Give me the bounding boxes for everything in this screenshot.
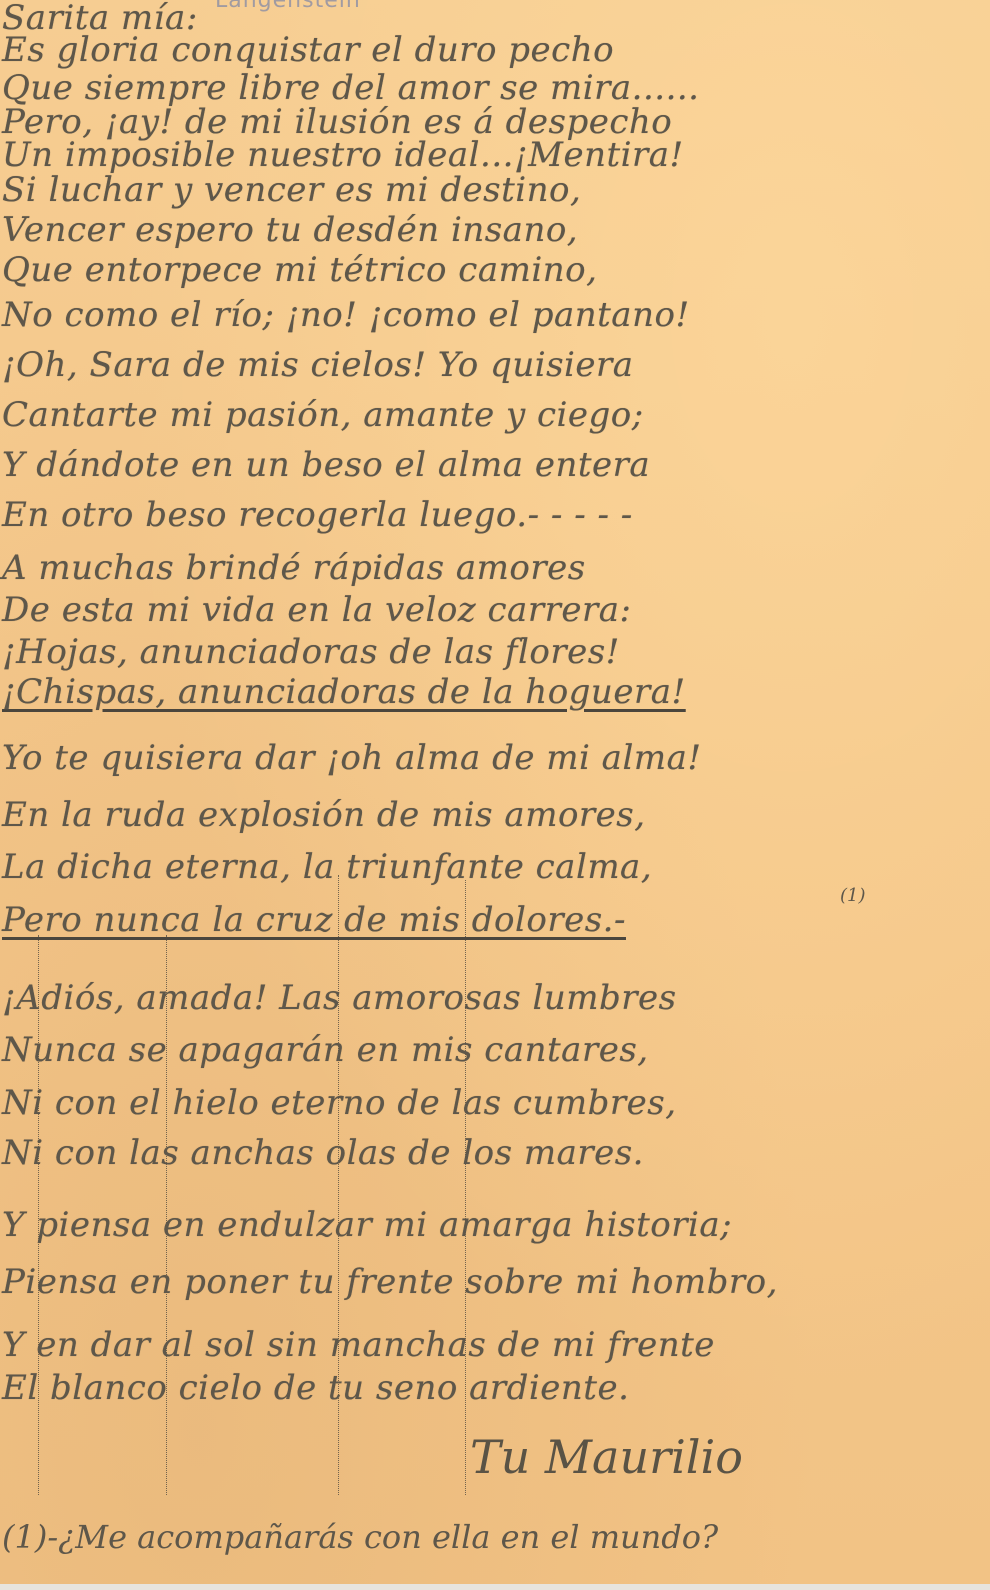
verse-line: ¡Adiós, amada! Las amorosas lumbres [2,978,677,1018]
verse-line: ¡Oh, Sara de mis cielos! Yo quisiera [2,345,634,385]
verse-line: Es gloria conquistar el duro pecho [2,30,614,70]
verse-line: El blanco cielo de tu seno ardiente. [2,1368,629,1408]
verse-line: Pero nunca la cruz de mis dolores.- [2,900,626,940]
verse-line: Y piensa en endulzar mi amarga historia; [2,1205,732,1245]
verse-line: En otro beso recogerla luego.- - - - - [2,495,633,535]
verse-line: Si luchar y vencer es mi destino, [2,170,581,210]
ink-stamp: Langenstein [215,0,361,13]
scan-edge [0,1584,990,1590]
verse-line: La dicha eterna, la triunfante calma, [2,847,652,887]
verse-line: Ni con el hielo eterno de las cumbres, [2,1083,677,1123]
verse-line: Nunca se apagarán en mis cantares, [2,1030,649,1070]
verse-line: En la ruda explosión de mis amores, [2,795,646,835]
verse-line: ¡Hojas, anunciadoras de las flores! [2,632,620,672]
verse-line: Cantarte mi pasión, amante y ciego; [2,395,644,435]
footnote: (1)-¿Me acompañarás con ella en el mundo… [2,1518,718,1556]
verse-line: Que entorpece mi tétrico camino, [2,250,597,290]
verse-line: Ni con las anchas olas de los mares. [2,1133,644,1173]
footnote-marker: (1) [840,885,866,906]
verse-line: Y en dar al sol sin manchas de mi frente [2,1325,715,1365]
verse-line: Un imposible nuestro ideal...¡Mentira! [2,135,684,175]
verse-line: Y dándote en un beso el alma entera [2,445,650,485]
verse-line: No como el río; ¡no! ¡como el pantano! [2,295,690,335]
verse-line: Yo te quisiera dar ¡oh alma de mi alma! [2,738,702,778]
signature: Tu Maurilio [470,1430,743,1484]
verse-line: A muchas brindé rápidas amores [2,548,586,588]
verse-line: Vencer espero tu desdén insano, [2,210,578,250]
verse-line: De esta mi vida en la veloz carrera: [2,590,631,630]
verse-line: Piensa en poner tu frente sobre mi hombr… [2,1262,778,1302]
verse-line: ¡Chispas, anunciadoras de la hoguera! [2,672,686,712]
